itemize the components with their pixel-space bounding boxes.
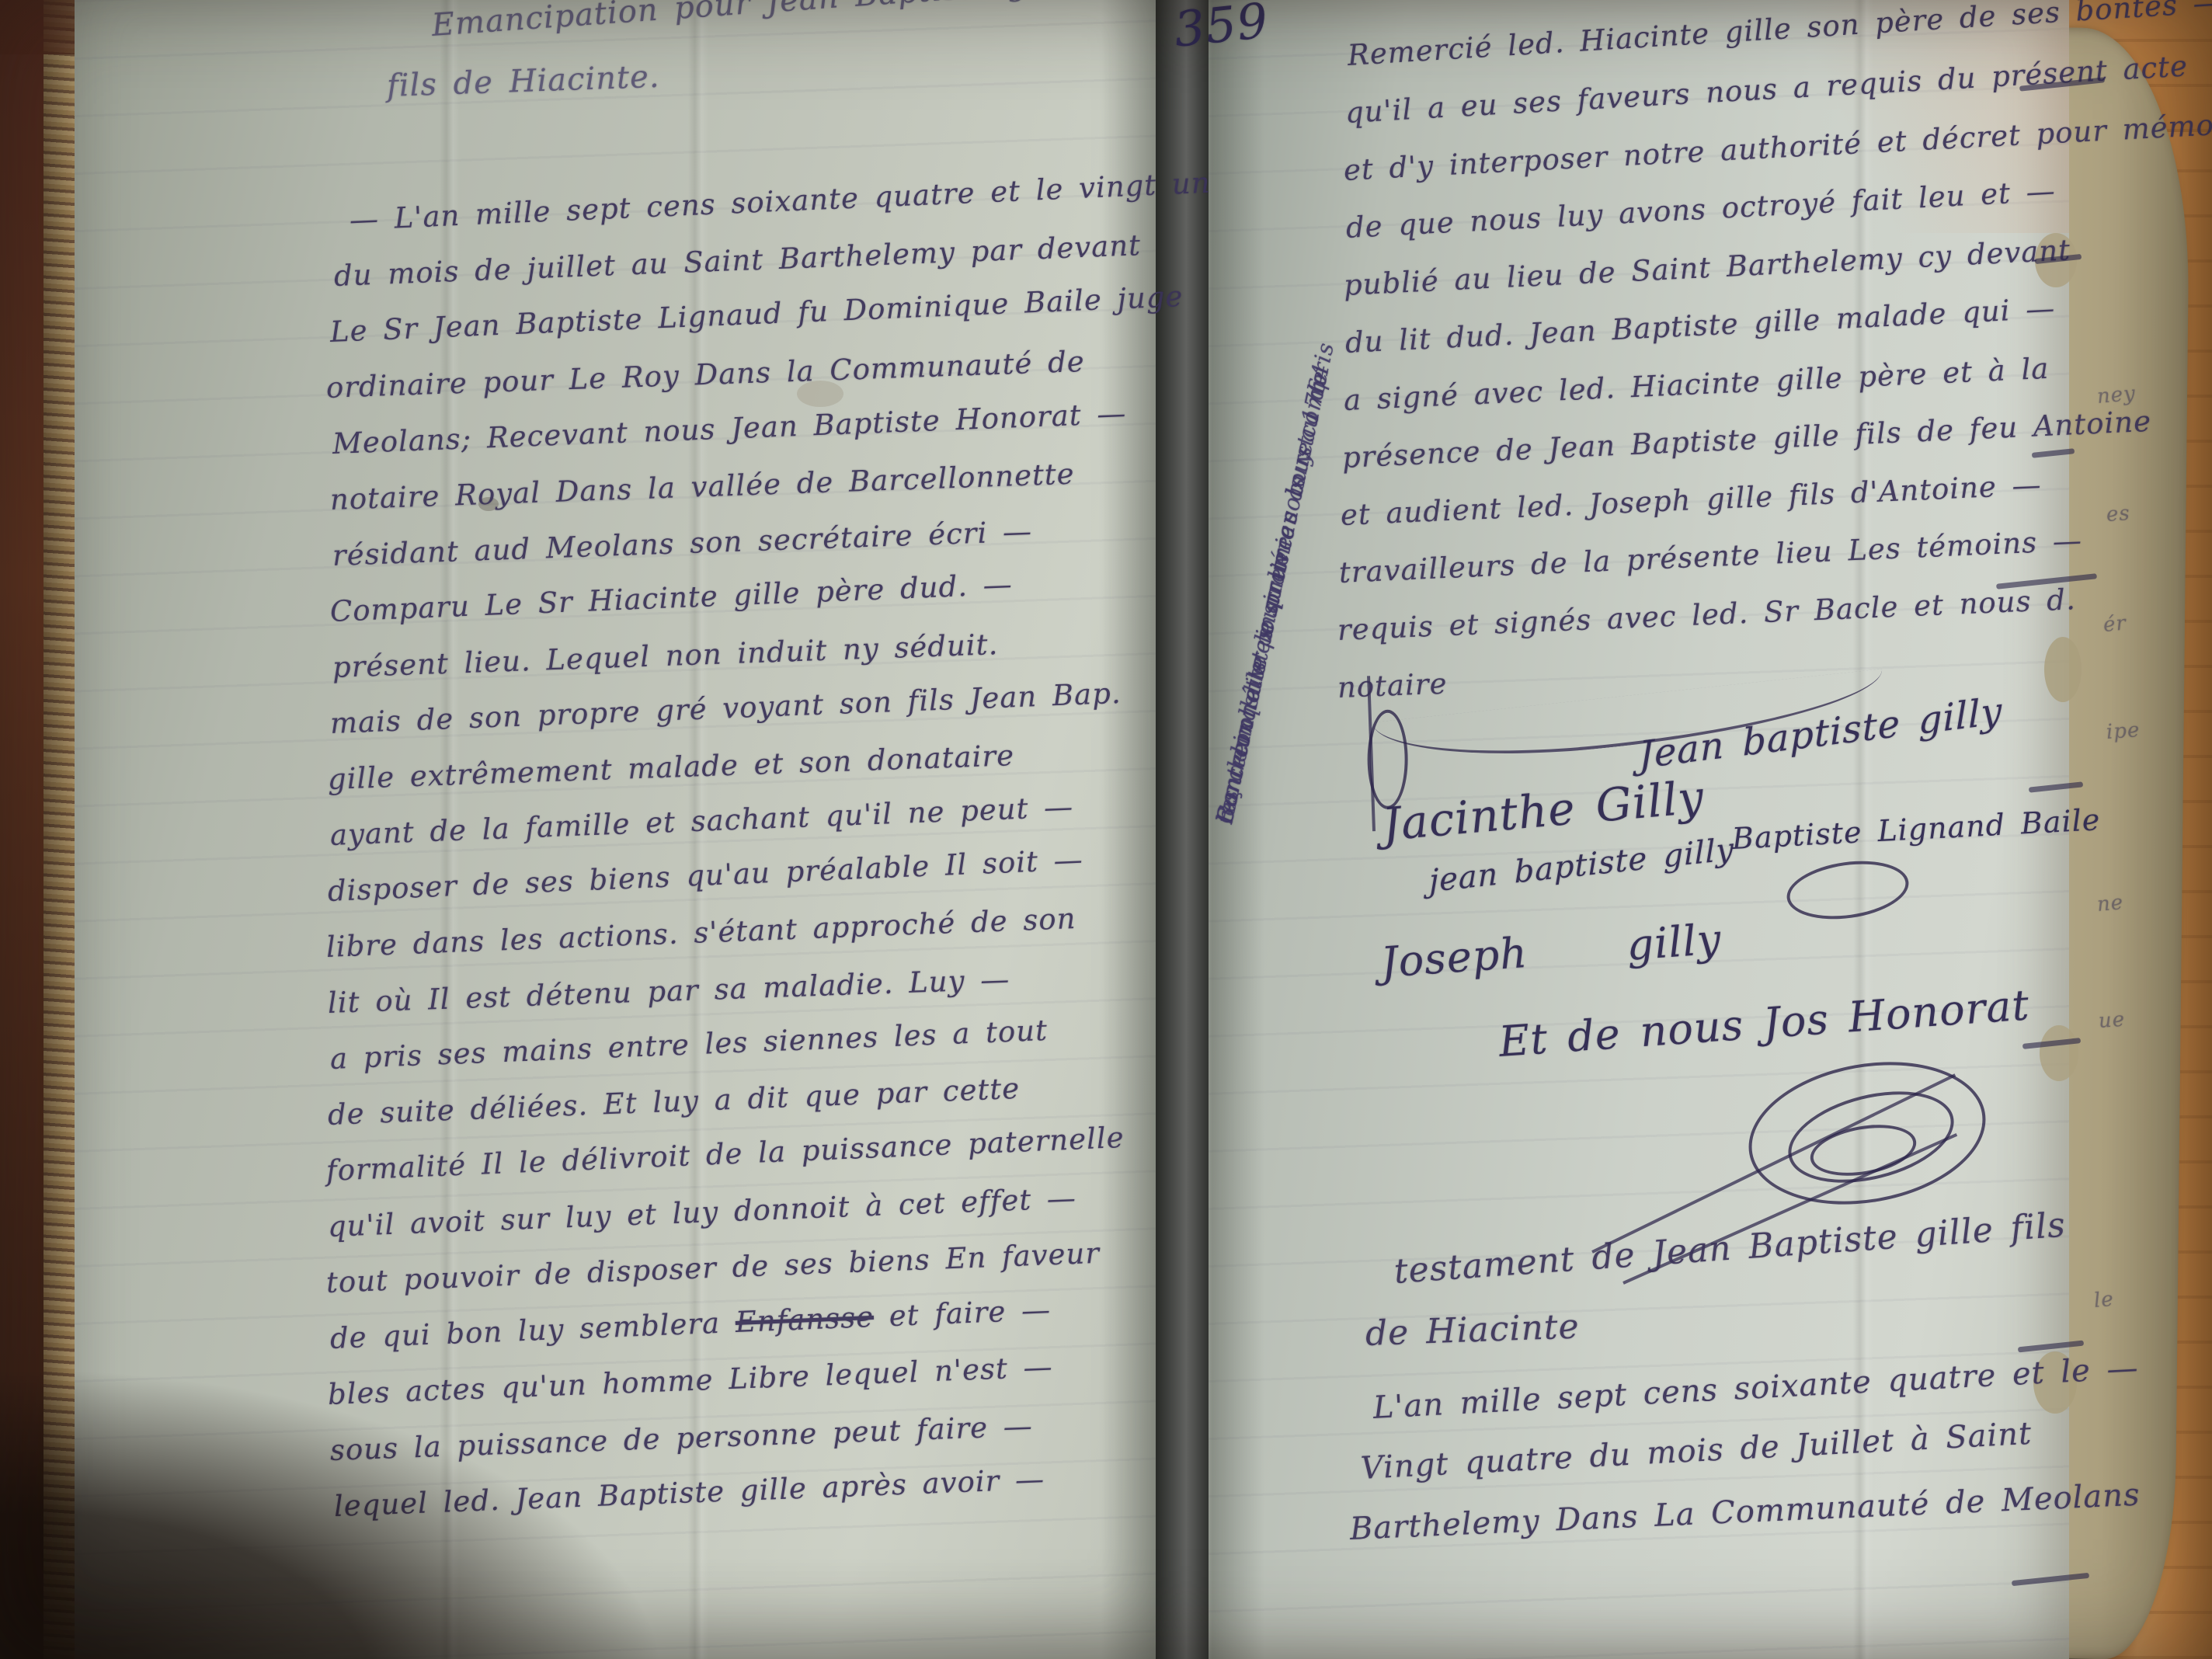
photo-vignette (0, 0, 2212, 1659)
manuscript-photo: Emancipation pour Jean Baptiste gille — … (0, 0, 2212, 1659)
